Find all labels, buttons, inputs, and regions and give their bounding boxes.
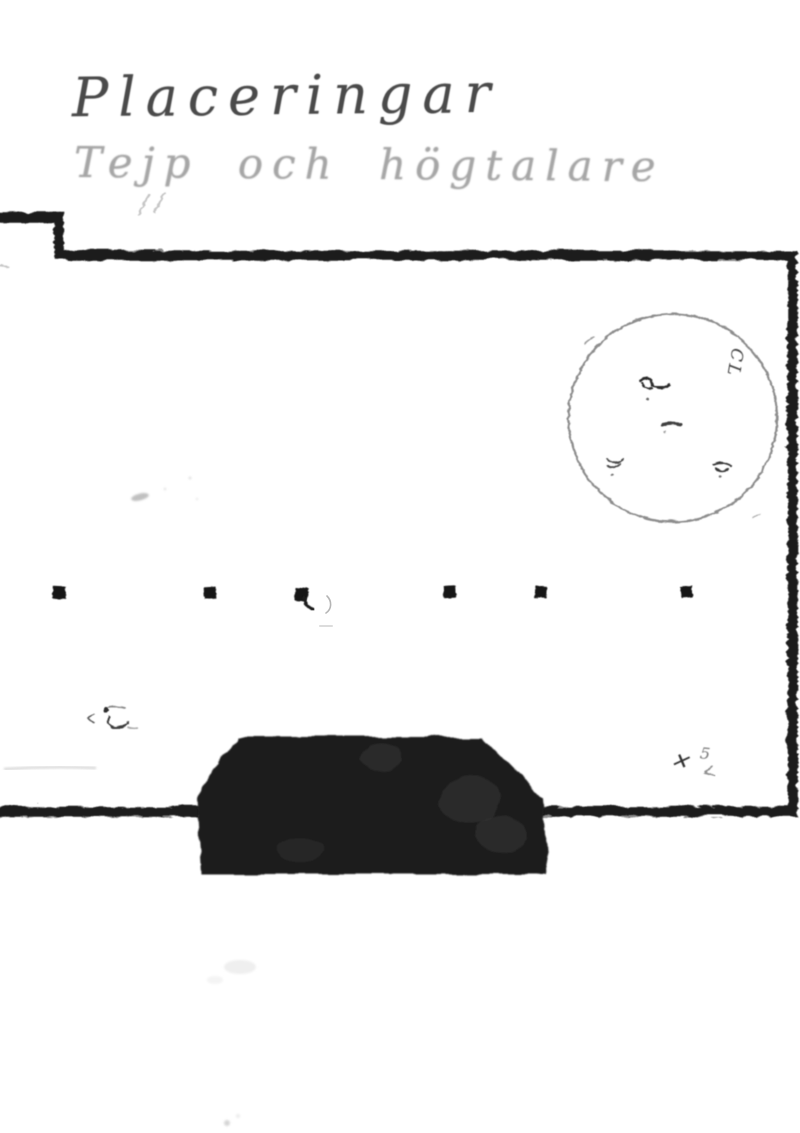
tape-square — [203, 586, 216, 599]
tape-square — [443, 585, 456, 598]
tape-mark-squares — [52, 584, 693, 600]
circle-squiggle-top2 — [641, 382, 651, 387]
pencil-smudge — [130, 477, 198, 503]
tape-square-extra-marks — [303, 596, 332, 626]
corner-mark — [88, 706, 136, 727]
circle-dash-mark — [661, 423, 681, 424]
circle-dot-2 — [663, 431, 665, 433]
tape-square-tail — [303, 597, 313, 609]
count-mark: 5 — [699, 744, 711, 764]
room-outline — [0, 216, 791, 810]
tape-square — [52, 585, 66, 599]
faint-left-line — [4, 767, 96, 769]
page-subtitle: Tejp och högtalare — [74, 138, 665, 191]
page-title: Placeringar — [72, 62, 501, 129]
circle-tick-bottomright — [752, 513, 759, 517]
speaker-circle — [568, 313, 776, 521]
scanned-sketch-page: Placeringar Tejp och högtalare CL ✕ 5 — [0, 0, 800, 1133]
circle-dot-3 — [610, 473, 613, 476]
circle-dot-1 — [646, 398, 649, 401]
bottom-smudges — [207, 960, 256, 1126]
room-walls-path — [0, 216, 791, 810]
circle-tick-topleft — [585, 336, 594, 343]
tape-square — [534, 585, 547, 598]
circle-squiggle-left — [606, 458, 622, 468]
faint-paren-mark — [326, 596, 331, 613]
count-mark-tail — [704, 766, 714, 775]
circle-dot-4 — [718, 474, 721, 477]
stage-shape — [197, 737, 548, 874]
tape-square — [679, 584, 692, 597]
circle-squiggle-right — [713, 462, 730, 470]
